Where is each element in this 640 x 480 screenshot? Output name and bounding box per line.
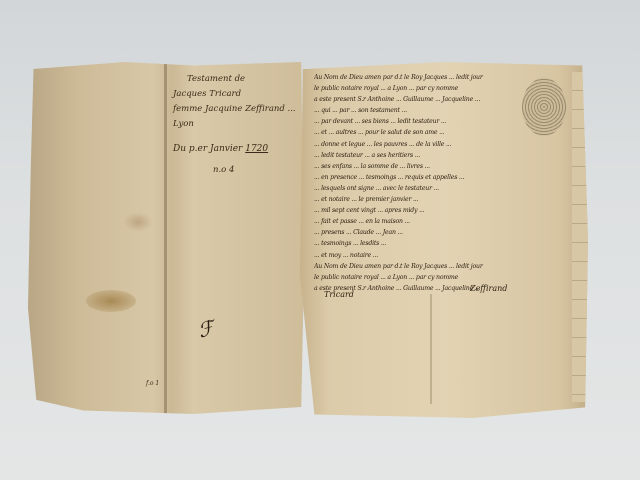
note-date: Du p.er Janvier 1720 [173,142,298,157]
folio-number: f.o 1 [146,380,159,387]
text-line: ... donne et legue ... les pauvres ... d… [314,139,566,150]
note-line: femme Jacquine Zeffirand ... [173,102,298,117]
text-line: ... et moy ... notaire ... [314,250,566,261]
text-line: ... et ... aultres ... pour le salut de … [314,127,566,138]
paraph-signature-icon: ℱ [195,315,216,342]
text-line: ... ledit testateur ... a ses heritiers … [314,150,566,161]
water-stain [86,290,136,312]
signature-right: Zeffirand [470,284,507,293]
left-folio: Testament de Jacques Tricard femme Jacqu… [28,62,304,414]
note-reference: n.o 4 [213,163,298,178]
date-prefix: Du p.er Janvier [173,144,242,154]
page-fold [430,294,432,404]
date-year: 1720 [245,144,268,154]
note-line: Lyon [173,117,298,132]
text-line: ... lesquels ont signe ... avec le testa… [314,183,566,194]
seal-stamp-icon [522,78,566,136]
right-folio: Au Nom de Dieu amen par d.t le Roy Jacqu… [300,62,588,418]
text-line: ... ses enfans ... la somme de ... livre… [314,161,566,172]
text-line: Au Nom de Dieu amen par d.t le Roy Jacqu… [314,261,566,272]
page-fold [164,62,167,414]
water-stain [123,212,153,232]
text-line: Au Nom de Dieu amen par d.t le Roy Jacqu… [314,72,566,83]
text-line: ... presens ... Claude ... Jean ... [314,227,566,238]
text-line: ... en presence ... tesmoings ... requis… [314,172,566,183]
text-line: ... fait et passe ... en la maison ... [314,216,566,227]
text-line: ... tesmoings ... lesdits ... [314,238,566,249]
manuscript-photo: Testament de Jacques Tricard femme Jacqu… [0,0,640,480]
text-line: le public notaire royal ... a Lyon ... p… [314,272,566,283]
stacked-page-edges [572,72,588,402]
signature-left: Tricard [324,290,354,299]
note-line: Testament de [187,72,298,87]
text-line: ... et notaire ... le premier janvier ..… [314,194,566,205]
text-line: ... mil sept cent vingt ... apres midy .… [314,205,566,216]
note-line: Jacques Tricard [173,87,298,102]
title-note: Testament de Jacques Tricard femme Jacqu… [173,72,298,178]
